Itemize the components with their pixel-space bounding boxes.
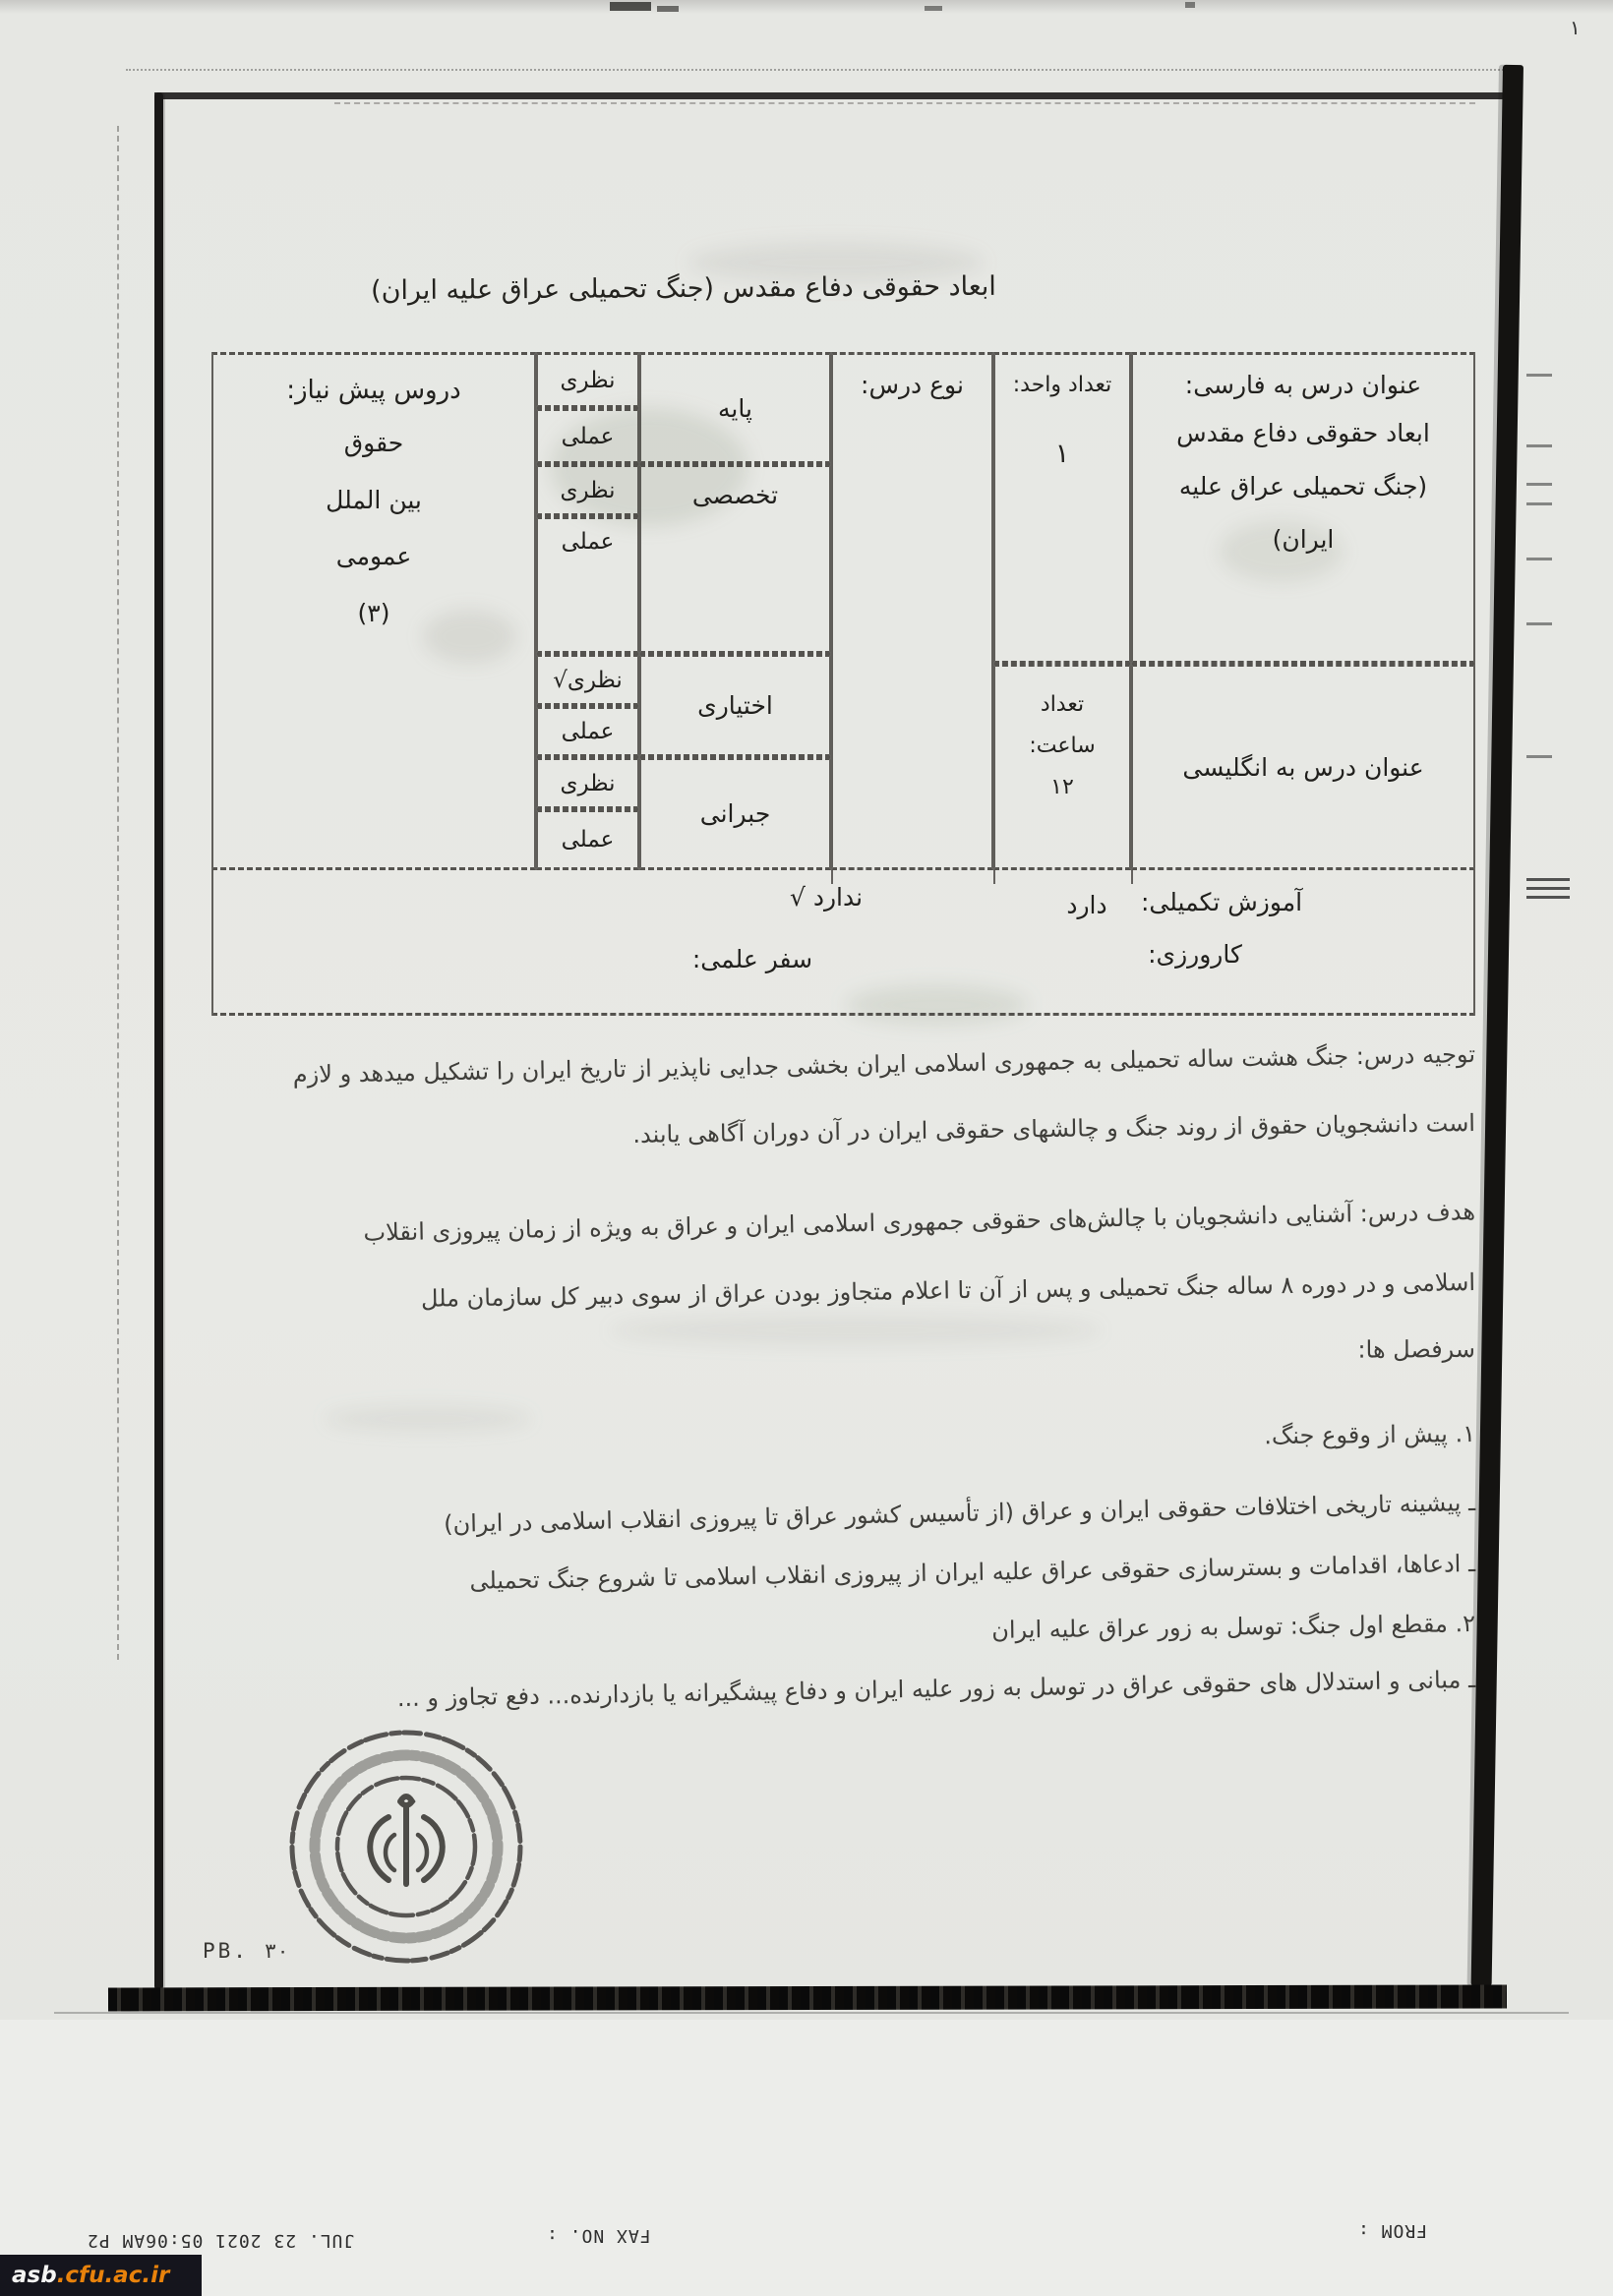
hours-value: ۱۲ xyxy=(995,767,1129,808)
title-farsi-line: (جنگ تحمیلی عراق علیه xyxy=(1133,460,1473,513)
topics-heading: سرفصل ها: xyxy=(138,1335,1475,1370)
cell-type-ekhtiari: اختیاری xyxy=(639,654,831,757)
topic-bullet-2: ـ ادعاها، اقدامات و بسترسازی حقوقی عراق … xyxy=(138,1550,1475,1601)
cell-title-english: عنوان درس به انگلیسی xyxy=(1131,664,1475,870)
cell-practical-ekhtiari: عملی xyxy=(536,706,639,757)
prerequisites-label-text: دروس پیش نیاز: xyxy=(213,376,534,405)
cell-course-type-label: نوع درس: xyxy=(831,352,993,870)
objective-line-2: اسلامی و در دوره ۸ ساله جنگ تحمیلی و پس … xyxy=(138,1268,1475,1317)
cell-title-farsi: عنوان درس به فارسی: ابعاد حقوقی دفاع مقد… xyxy=(1131,352,1475,664)
cell-practical-jobrani: عملی xyxy=(536,809,639,870)
justification-line-1: توجیه درس: جنگ هشت ساله تحمیلی به جمهوری… xyxy=(138,1040,1475,1091)
field-trip-label: سفر علمی: xyxy=(669,945,836,973)
prerequisite-line: (۳) xyxy=(213,585,534,642)
cell-hours: تعداد ساعت: ۱۲ xyxy=(993,664,1131,870)
page-border-bottom-line xyxy=(54,2012,1569,2014)
cell-theory-ekhtiari-checked: نظری√ xyxy=(536,654,639,706)
title-farsi-line: ایران) xyxy=(1133,513,1473,566)
hours-word: ساعت: xyxy=(995,726,1129,767)
topic-bullet-1: ـ پیشینه تاریخی اختلافات حقوقی ایران و ع… xyxy=(138,1489,1475,1544)
fax-number-label: FAX NO. : xyxy=(546,2225,651,2246)
cell-theory-jobrani: نظری xyxy=(536,757,639,809)
prerequisite-line: بین الملل xyxy=(213,472,534,529)
cell-units: تعداد واحد: ۱ xyxy=(993,352,1131,664)
justification-line-2: است دانشجویان حقوق از روند جنگ و چالشهای… xyxy=(138,1109,1475,1155)
units-value: ۱ xyxy=(995,439,1129,469)
fax-from-label: FROM : xyxy=(1357,2220,1427,2241)
allah-emblem-icon xyxy=(370,1796,443,1884)
page-border-bottom-band xyxy=(108,1985,1507,2012)
document-title: ابعاد حقوقی دفاع مقدس (جنگ تحمیلی عراق ع… xyxy=(334,271,1033,307)
page-code-mark: PB. ۳۰ xyxy=(203,1939,289,1963)
cell-type-paye: پایه xyxy=(639,352,831,464)
page-border-top-faint xyxy=(126,69,1523,71)
hours-word: تعداد xyxy=(995,684,1129,726)
cell-theory-takh: نظری xyxy=(536,464,639,516)
title-farsi-label: عنوان درس به فارسی: xyxy=(1133,371,1473,399)
topic-bullet-3: ـ مبانی و استدلال های حقوقی عراق در توسل… xyxy=(138,1666,1475,1717)
cell-type-takhassosi: تخصصی xyxy=(639,464,831,654)
page-border-right xyxy=(1471,65,1523,1986)
watermark-suffix: .cfu.ac.ir xyxy=(57,2263,170,2288)
cell-prerequisites: دروس پیش نیاز: حقوق بین الملل عمومی (۳) xyxy=(211,352,536,870)
topic-item-1: ۱. پیش از وقوع جنگ. xyxy=(138,1420,1475,1461)
objective-line-1: هدف درس: آشنایی دانشجویان با چالش‌های حق… xyxy=(138,1198,1475,1251)
supplementary-label: آموزش تکمیلی: xyxy=(1141,888,1465,916)
page-border-left-faint xyxy=(117,126,119,1660)
internship-label: کارورزی: xyxy=(1126,940,1264,969)
official-stamp-iran-emblem xyxy=(278,1719,534,1974)
title-farsi-line: ابعاد حقوقی دفاع مقدس xyxy=(1133,407,1473,460)
watermark-prefix: asb xyxy=(12,2263,57,2288)
site-watermark: asb .cfu.ac.ir xyxy=(0,2255,202,2296)
fax-datetime: JUL. 23 2021 05:06AM P2 xyxy=(87,2230,354,2251)
supplementary-has: دارد xyxy=(1043,891,1131,919)
topic-item-2: ۲. مقطع اول جنگ: توسل به زور عراق علیه ا… xyxy=(138,1610,1475,1656)
supplementary-has-not-checked: ندارد √ xyxy=(757,883,895,912)
prerequisite-line: حقوق xyxy=(213,415,534,472)
page-border-top-dashed xyxy=(334,102,1475,104)
cell-type-jobrani: جبرانی xyxy=(639,757,831,870)
scanned-fax-document: ۱ ابعاد حقوقی دفاع مقدس (جنگ تحمیلی عراق… xyxy=(0,0,1613,2296)
prerequisite-line: عمومی xyxy=(213,528,534,585)
page-border-top xyxy=(154,92,1522,99)
units-label: تعداد واحد: xyxy=(995,373,1129,397)
cell-theory-paye: نظری xyxy=(536,352,639,408)
cell-practical-paye: عملی xyxy=(536,408,639,464)
scanner-background xyxy=(0,2020,1613,2296)
page-number-mark: ۱ xyxy=(1570,16,1581,39)
cell-practical-takh: عملی xyxy=(536,516,639,654)
